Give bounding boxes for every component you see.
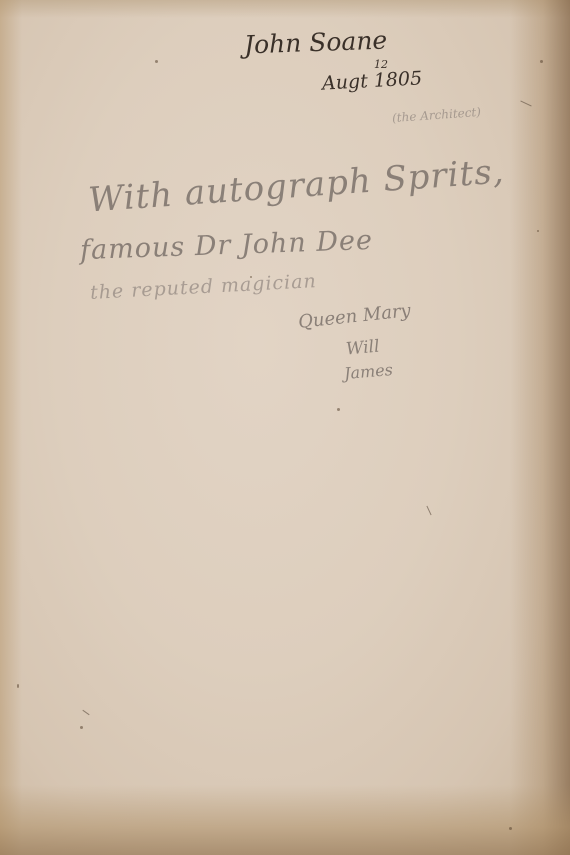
paper-speck	[17, 684, 19, 688]
pencil-note-line-4: Queen Mary	[297, 300, 411, 333]
age-stain-left	[0, 0, 22, 855]
date-month-year: Augt 1805	[321, 67, 422, 94]
paper-speck	[337, 408, 340, 411]
pencil-note-line-1: With autograph Sprits,	[87, 152, 506, 221]
pencil-note-line-6: James	[343, 360, 393, 383]
pencil-note-line-5: Will	[345, 337, 380, 360]
age-stain-right	[510, 0, 570, 855]
pencil-note-line-2: famous Dr John Dee	[80, 225, 374, 266]
paper-speck	[80, 726, 83, 729]
paper-speck	[540, 60, 543, 63]
age-stain-top	[0, 0, 570, 18]
pencil-note-line-3: the reputed magician	[90, 270, 318, 304]
paper-speck	[250, 276, 252, 278]
architect-annotation: (the Architect)	[392, 105, 482, 125]
owner-signature: John Soane	[244, 26, 388, 60]
paper-speck	[155, 60, 158, 63]
age-stain-bottom	[0, 785, 570, 855]
paper-scratch	[426, 506, 431, 515]
manuscript-page: John Soane 12 Augt 1805 (the Architect) …	[0, 0, 570, 855]
paper-speck	[509, 827, 512, 830]
paper-scratch	[82, 710, 89, 715]
paper-speck	[537, 230, 539, 232]
